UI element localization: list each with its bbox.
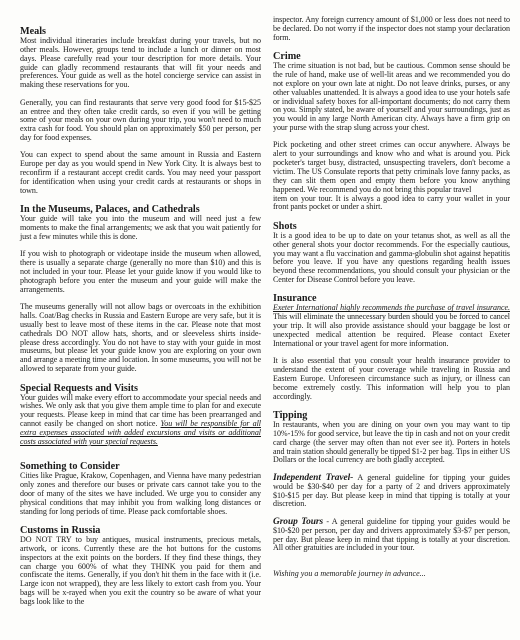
left-column: Meals Most individual itineraries includ…: [20, 26, 261, 640]
paragraph-customs-continued: inspector. Any foreign currency amount o…: [273, 16, 510, 43]
paragraph-group-tours: Group Tours - A general guideline for ti…: [273, 518, 510, 553]
paragraph: Cities like Prague, Krakow, Copenhagen, …: [20, 472, 261, 516]
paragraph: Your guides will make every effort to ac…: [20, 394, 261, 447]
paragraph: Most individual itineraries include brea…: [20, 37, 261, 90]
paragraph: The museums generally will not allow bag…: [20, 303, 261, 374]
paragraph: It is also essential that you consult yo…: [273, 357, 510, 401]
section-museums: In the Museums, Palaces, and Cathedrals …: [20, 204, 261, 374]
document-page: Meals Most individual itineraries includ…: [0, 0, 520, 640]
paragraph: It is a good idea to be up to date on yo…: [273, 232, 510, 285]
paragraph: Pick pocketing and other street crimes c…: [273, 141, 510, 194]
underlined-recommendation: Exeter International highly recommends t…: [273, 303, 510, 312]
section-meals: Meals Most individual itineraries includ…: [20, 26, 261, 196]
right-column: inspector. Any foreign currency amount o…: [273, 16, 510, 640]
paragraph: item on your tour. It is always a good i…: [273, 195, 510, 213]
closing-line: Wishing you a memorable journey in advan…: [273, 569, 510, 578]
paragraph: Generally, you can find restaurants that…: [20, 99, 261, 143]
section-tipping: Tipping In restaurants, when you are din…: [273, 410, 510, 553]
section-something-to-consider: Something to Consider Cities like Prague…: [20, 461, 261, 516]
paragraph: DO NOT TRY to buy antiques, musical inst…: [20, 536, 261, 607]
section-customs: Customs in Russia DO NOT TRY to buy anti…: [20, 525, 261, 607]
section-special-requests: Special Requests and Visits Your guides …: [20, 383, 261, 447]
paragraph: Exeter International highly recommends t…: [273, 304, 510, 348]
paragraph: If you wish to photograph or videotape i…: [20, 250, 261, 294]
paragraph: The crime situation is not bad, but be c…: [273, 62, 510, 133]
section-shots: Shots It is a good idea to be up to date…: [273, 221, 510, 285]
paragraph: You can expect to spend about the same a…: [20, 151, 261, 195]
section-insurance: Insurance Exeter International highly re…: [273, 293, 510, 401]
paragraph-independent-travel: Independent Travel- A general guideline …: [273, 474, 510, 509]
paragraph-text: This will eliminate the unnecessary burd…: [273, 312, 510, 348]
paragraph: Your guide will take you into the museum…: [20, 215, 261, 242]
paragraph: In restaurants, when you are dining on y…: [273, 421, 510, 465]
section-crime: Crime The crime situation is not bad, bu…: [273, 51, 510, 212]
